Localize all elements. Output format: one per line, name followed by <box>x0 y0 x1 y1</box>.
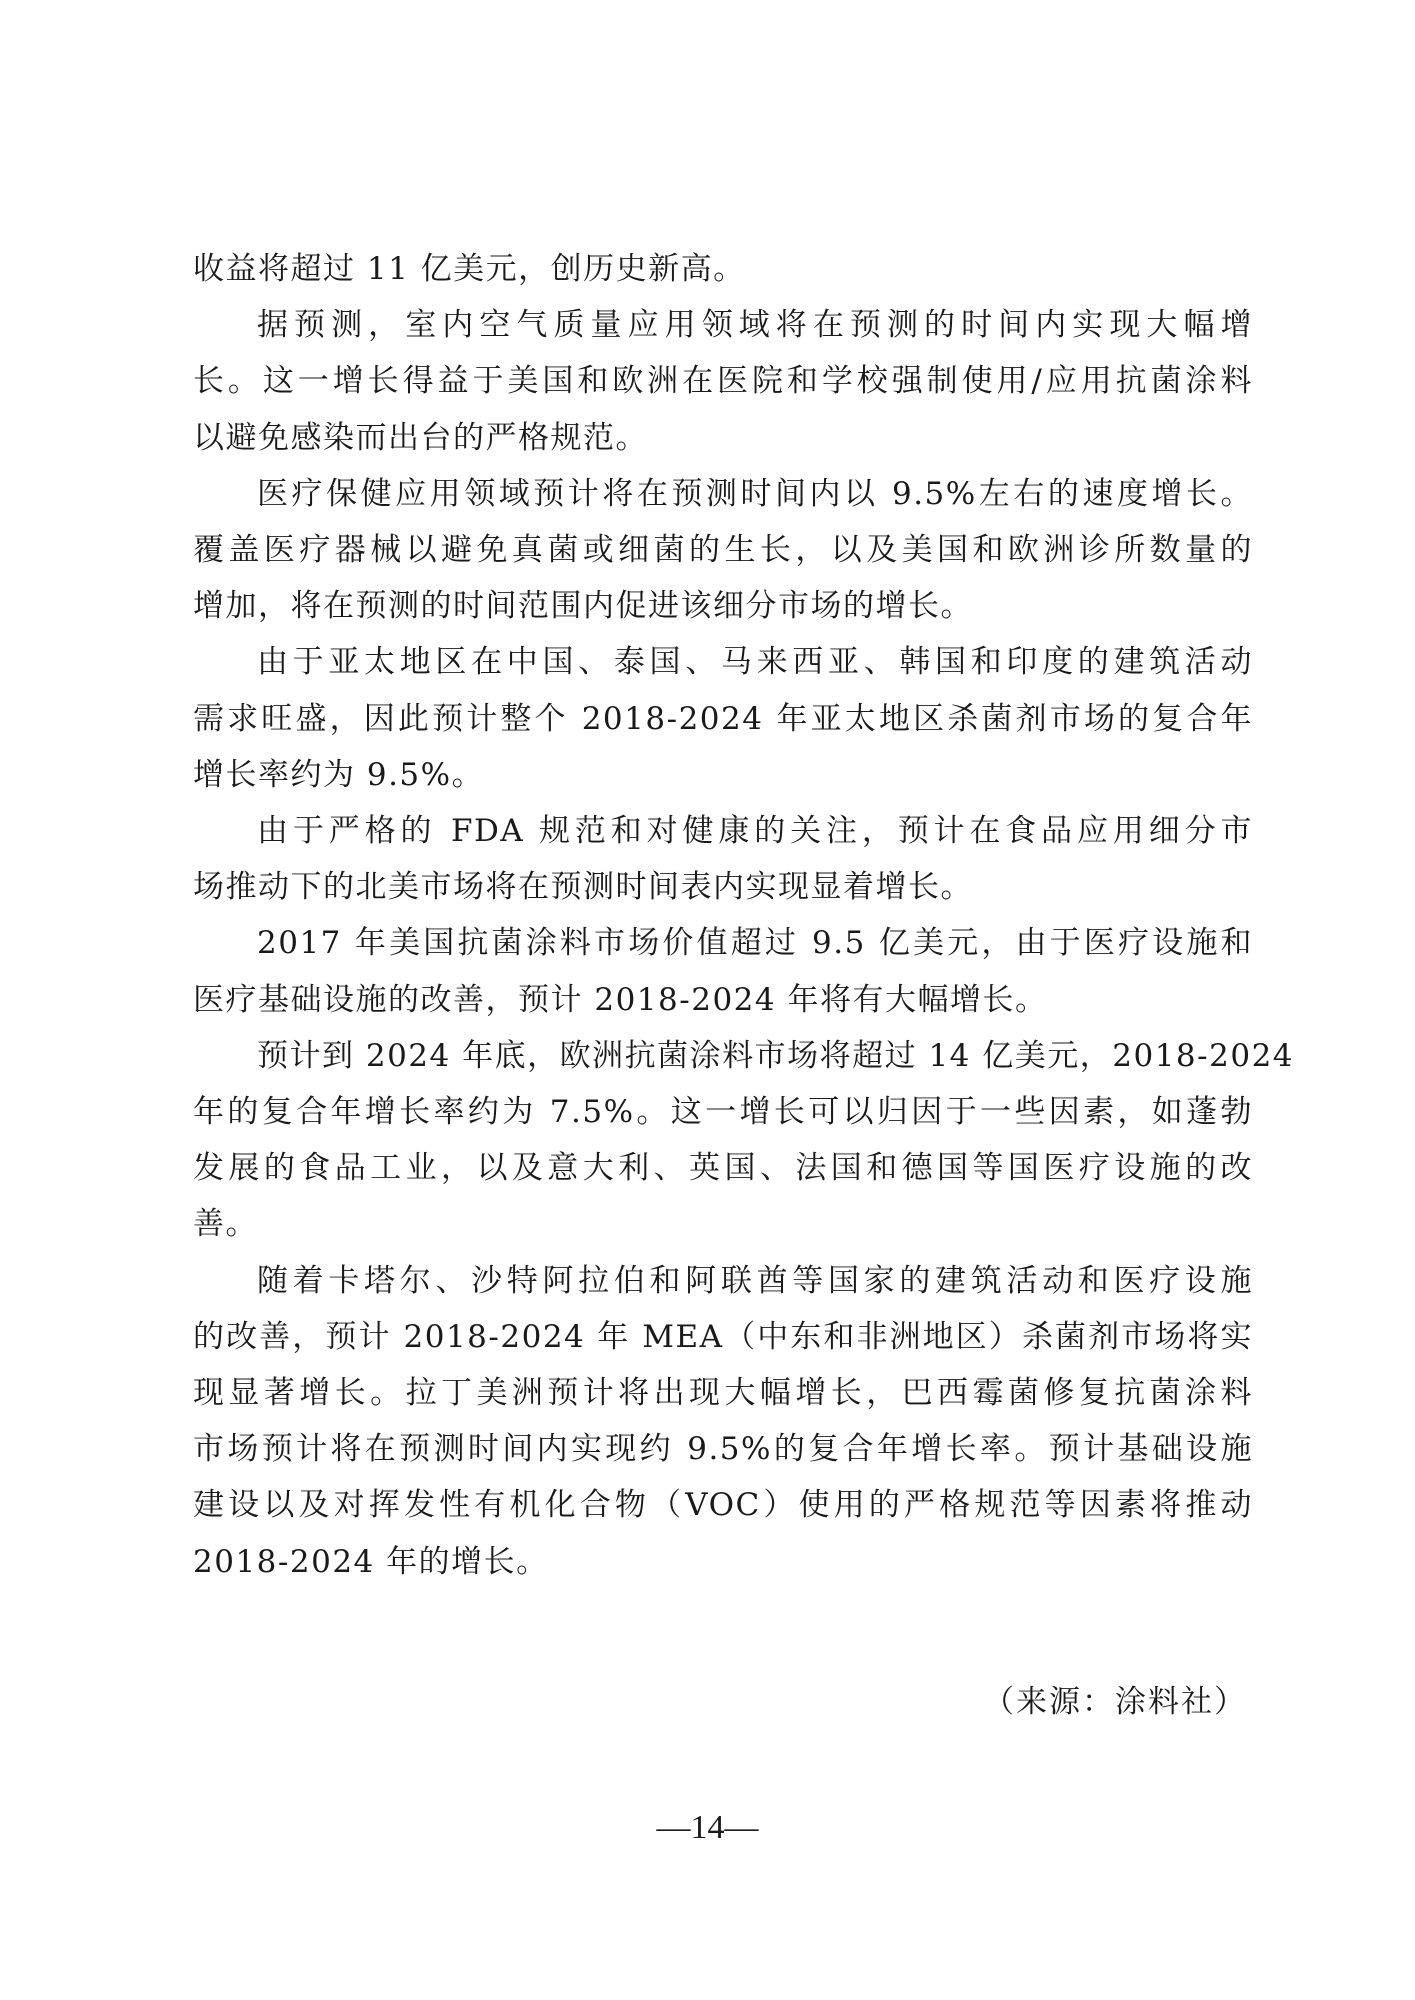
text-line: 据预测，室内空气质量应用领域将在预测的时间内实现大幅增 <box>257 305 1253 345</box>
text-line: 现显著增长。拉丁美洲预计将出现大幅增长，巴西霉菌修复抗菌涂料 <box>193 1373 1253 1413</box>
page-number: —14— <box>0 1808 1415 1848</box>
text-line: 长。这一增长得益于美国和欧洲在医院和学校强制使用/应用抗菌涂料 <box>193 361 1253 401</box>
text-line: 随着卡塔尔、沙特阿拉伯和阿联酋等国家的建筑活动和医疗设施 <box>257 1261 1253 1301</box>
text-line: 以避免感染而出台的严格规范。 <box>193 418 1253 458</box>
text-line: 善。 <box>193 1204 1253 1244</box>
text-line: 医疗基础设施的改善，预计 2018-2024 年将有大幅增长。 <box>193 980 1253 1020</box>
source-attribution: （来源：涂料社） <box>983 1682 1247 1722</box>
text-line: 市场预计将在预测时间内实现约 9.5%的复合年增长率。预计基础设施 <box>193 1429 1253 1469</box>
text-line: 年的复合年增长率约为 7.5%。这一增长可以归因于一些因素，如蓬勃 <box>193 1092 1253 1132</box>
text-line: 2017 年美国抗菌涂料市场价值超过 9.5 亿美元，由于医疗设施和 <box>257 923 1253 963</box>
text-line: 预计到 2024 年底，欧洲抗菌涂料市场将超过 14 亿美元，2018-2024 <box>257 1036 1253 1076</box>
text-line: 由于严格的 FDA 规范和对健康的关注，预计在食品应用细分市 <box>257 811 1253 851</box>
text-line: 发展的食品工业，以及意大利、英国、法国和德国等国医疗设施的改 <box>193 1148 1253 1188</box>
text-line: 增加，将在预测的时间范围内促进该细分市场的增长。 <box>193 586 1253 626</box>
text-line: 增长率约为 9.5%。 <box>193 755 1253 795</box>
text-line: 需求旺盛，因此预计整个 2018-2024 年亚太地区杀菌剂市场的复合年 <box>193 699 1253 739</box>
text-line: 建设以及对挥发性有机化合物（VOC）使用的严格规范等因素将推动 <box>193 1485 1253 1525</box>
text-line: 2018-2024 年的增长。 <box>193 1542 1253 1582</box>
text-line: 的改善，预计 2018-2024 年 MEA（中东和非洲地区）杀菌剂市场将实 <box>193 1317 1253 1357</box>
text-line: 收益将超过 11 亿美元，创历史新高。 <box>193 249 1253 289</box>
text-line: 覆盖医疗器械以避免真菌或细菌的生长，以及美国和欧洲诊所数量的 <box>193 530 1253 570</box>
document-page: 收益将超过 11 亿美元，创历史新高。据预测，室内空气质量应用领域将在预测的时间… <box>0 0 1415 2000</box>
text-line: 医疗保健应用领域预计将在预测时间内以 9.5%左右的速度增长。 <box>257 474 1253 514</box>
text-line: 场推动下的北美市场将在预测时间表内实现显着增长。 <box>193 867 1253 907</box>
text-line: 由于亚太地区在中国、泰国、马来西亚、韩国和印度的建筑活动 <box>257 642 1253 682</box>
